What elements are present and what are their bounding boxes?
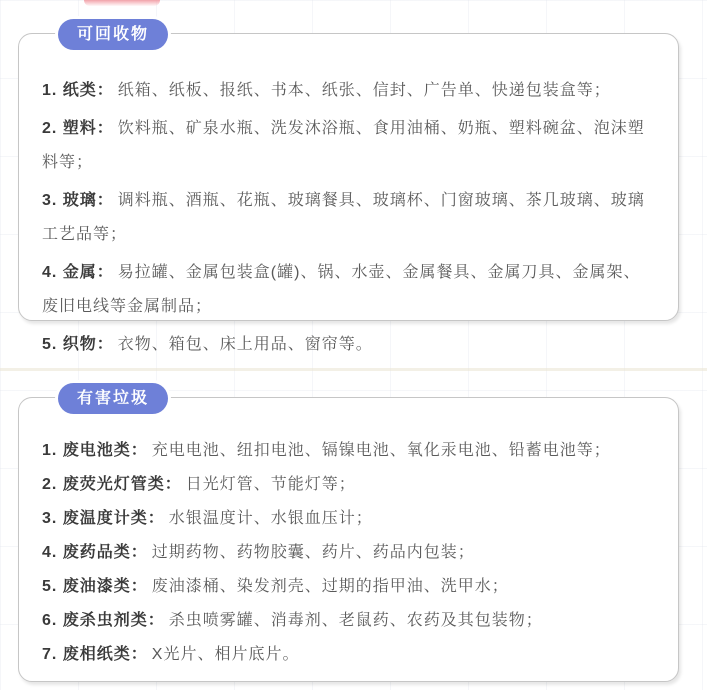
item-text: 充电电池、纽扣电池、镉镍电池、氧化汞电池、铅蓄电池等；: [152, 442, 611, 459]
item-text: 废油漆桶、染发剂壳、过期的指甲油、洗甲水；: [152, 578, 509, 595]
recyclable-badge: 可回收物: [58, 19, 168, 50]
list-item: 4. 废药品类：过期药物、药物胶囊、药片、药品内包装；: [42, 536, 656, 570]
list-item: 5. 废油漆类：废油漆桶、染发剂壳、过期的指甲油、洗甲水；: [42, 570, 656, 604]
item-text: 杀虫喷雾罐、消毒剂、老鼠药、农药及其包装物；: [169, 612, 543, 629]
hazardous-badge: 有害垃圾: [58, 383, 168, 414]
recyclable-card: 可回收物 1. 纸类：纸箱、纸板、报纸、书本、纸张、信封、广告单、快递包装盒等；…: [18, 33, 679, 321]
section-divider: [0, 368, 707, 371]
recyclable-list: 1. 纸类：纸箱、纸板、报纸、书本、纸张、信封、广告单、快递包装盒等； 2. 塑…: [19, 34, 678, 362]
list-item: 5. 织物：衣物、箱包、床上用品、窗帘等。: [42, 328, 656, 362]
item-label: 3. 玻璃：: [42, 192, 114, 209]
item-label: 6. 废杀虫剂类：: [42, 612, 165, 629]
list-item: 3. 玻璃：调料瓶、酒瓶、花瓶、玻璃餐具、玻璃杯、门窗玻璃、茶几玻璃、玻璃工艺品…: [42, 184, 656, 252]
item-label: 2. 塑料：: [42, 120, 114, 137]
item-label: 3. 废温度计类：: [42, 510, 165, 527]
list-item: 6. 废杀虫剂类：杀虫喷雾罐、消毒剂、老鼠药、农药及其包装物；: [42, 604, 656, 638]
list-item: 7. 废相纸类：X光片、相片底片。: [42, 638, 656, 672]
list-item: 1. 废电池类：充电电池、纽扣电池、镉镍电池、氧化汞电池、铅蓄电池等；: [42, 434, 656, 468]
hazardous-card: 有害垃圾 1. 废电池类：充电电池、纽扣电池、镉镍电池、氧化汞电池、铅蓄电池等；…: [18, 397, 679, 682]
item-text: 纸箱、纸板、报纸、书本、纸张、信封、广告单、快递包装盒等；: [118, 82, 611, 99]
item-label: 1. 废电池类：: [42, 442, 148, 459]
item-text: 饮料瓶、矿泉水瓶、洗发沐浴瓶、食用油桶、奶瓶、塑料碗盆、泡沫塑料等；: [42, 120, 645, 171]
list-item: 1. 纸类：纸箱、纸板、报纸、书本、纸张、信封、广告单、快递包装盒等；: [42, 74, 656, 108]
item-text: 调料瓶、酒瓶、花瓶、玻璃餐具、玻璃杯、门窗玻璃、茶几玻璃、玻璃工艺品等；: [42, 192, 645, 243]
item-text: 过期药物、药物胶囊、药片、药品内包装；: [152, 544, 475, 561]
item-label: 1. 纸类：: [42, 82, 114, 99]
item-label: 5. 废油漆类：: [42, 578, 148, 595]
hazardous-list: 1. 废电池类：充电电池、纽扣电池、镉镍电池、氧化汞电池、铅蓄电池等； 2. 废…: [19, 398, 678, 672]
item-label: 2. 废荧光灯管类：: [42, 476, 182, 493]
list-item: 2. 塑料：饮料瓶、矿泉水瓶、洗发沐浴瓶、食用油桶、奶瓶、塑料碗盆、泡沫塑料等；: [42, 112, 656, 180]
item-text: 易拉罐、金属包装盒(罐)、锅、水壶、金属餐具、金属刀具、金属架、废旧电线等金属制…: [42, 264, 640, 315]
cutoff-red-badge-fragment: [84, 0, 160, 6]
item-label: 7. 废相纸类：: [42, 646, 148, 663]
list-item: 4. 金属：易拉罐、金属包装盒(罐)、锅、水壶、金属餐具、金属刀具、金属架、废旧…: [42, 256, 656, 324]
item-text: 日光灯管、节能灯等；: [186, 476, 356, 493]
item-text: 衣物、箱包、床上用品、窗帘等。: [118, 336, 373, 353]
item-text: X光片、相片底片。: [152, 646, 300, 663]
list-item: 2. 废荧光灯管类：日光灯管、节能灯等；: [42, 468, 656, 502]
item-label: 4. 废药品类：: [42, 544, 148, 561]
item-text: 水银温度计、水银血压计；: [169, 510, 373, 527]
item-label: 5. 织物：: [42, 336, 114, 353]
list-item: 3. 废温度计类：水银温度计、水银血压计；: [42, 502, 656, 536]
item-label: 4. 金属：: [42, 264, 114, 281]
